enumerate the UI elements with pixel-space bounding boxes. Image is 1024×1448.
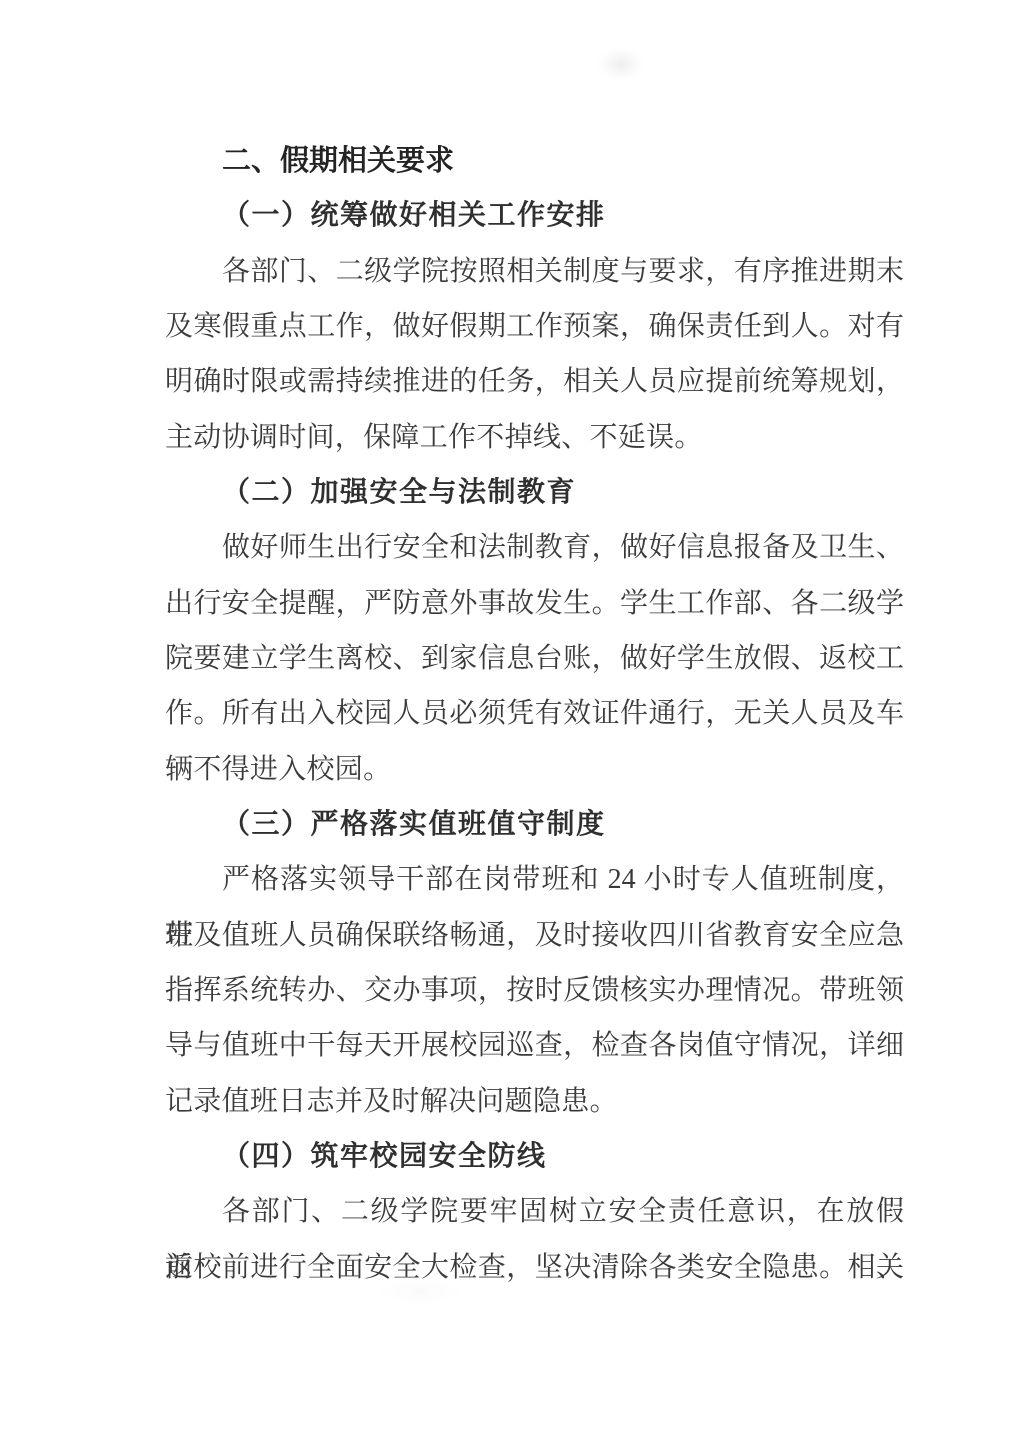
text-line: 返校前进行全面安全大检查，坚决清除各类安全隐患。相关 xyxy=(165,1240,904,1295)
scan-artifact xyxy=(598,48,644,80)
text-line: 主动协调时间，保障工作不掉线、不延误。 xyxy=(165,410,904,465)
text-line: 各部门、二级学院要牢固树立安全责任意识，在放假前、 xyxy=(165,1184,904,1239)
section-title: （一）统筹做好相关工作安排 xyxy=(165,188,904,243)
text-line: 出行安全提醒，严防意外事故发生。学生工作部、各二级学 xyxy=(165,576,904,631)
text-line: 导与值班中干每天开展校园巡查，检查各岗值守情况，详细 xyxy=(165,1018,904,1073)
section-title: （四）筑牢校园安全防线 xyxy=(165,1129,904,1184)
text-line: 严格落实领导干部在岗带班和 24 小时专人值班制度，带 xyxy=(165,852,904,907)
text-line: 各部门、二级学院按照相关制度与要求，有序推进期末 xyxy=(165,244,904,299)
text-line: 及寒假重点工作，做好假期工作预案，确保责任到人。对有 xyxy=(165,299,904,354)
text-line: 辆不得进入校园。 xyxy=(165,742,904,797)
section-title: （三）严格落实值班值守制度 xyxy=(165,797,904,852)
section-title: （二）加强安全与法制教育 xyxy=(165,465,904,520)
text-line: 作。所有出入校园人员必须凭有效证件通行，无关人员及车 xyxy=(165,686,904,741)
text-line: 指挥系统转办、交办事项，按时反馈核实办理情况。带班领 xyxy=(165,963,904,1018)
text-line: 班及值班人员确保联络畅通，及时接收四川省教育安全应急 xyxy=(165,908,904,963)
document-heading: 二、假期相关要求 xyxy=(165,133,904,188)
text-line: 做好师生出行安全和法制教育，做好信息报备及卫生、 xyxy=(165,520,904,575)
document-body: 二、假期相关要求 （一）统筹做好相关工作安排 各部门、二级学院按照相关制度与要求… xyxy=(165,133,904,1295)
text-line: 明确时限或需持续推进的任务，相关人员应提前统筹规划， xyxy=(165,354,904,409)
text-line: 记录值班日志并及时解决问题隐患。 xyxy=(165,1074,904,1129)
text-line: 院要建立学生离校、到家信息台账，做好学生放假、返校工 xyxy=(165,631,904,686)
scanned-document-page: 二、假期相关要求 （一）统筹做好相关工作安排 各部门、二级学院按照相关制度与要求… xyxy=(0,0,1024,1448)
